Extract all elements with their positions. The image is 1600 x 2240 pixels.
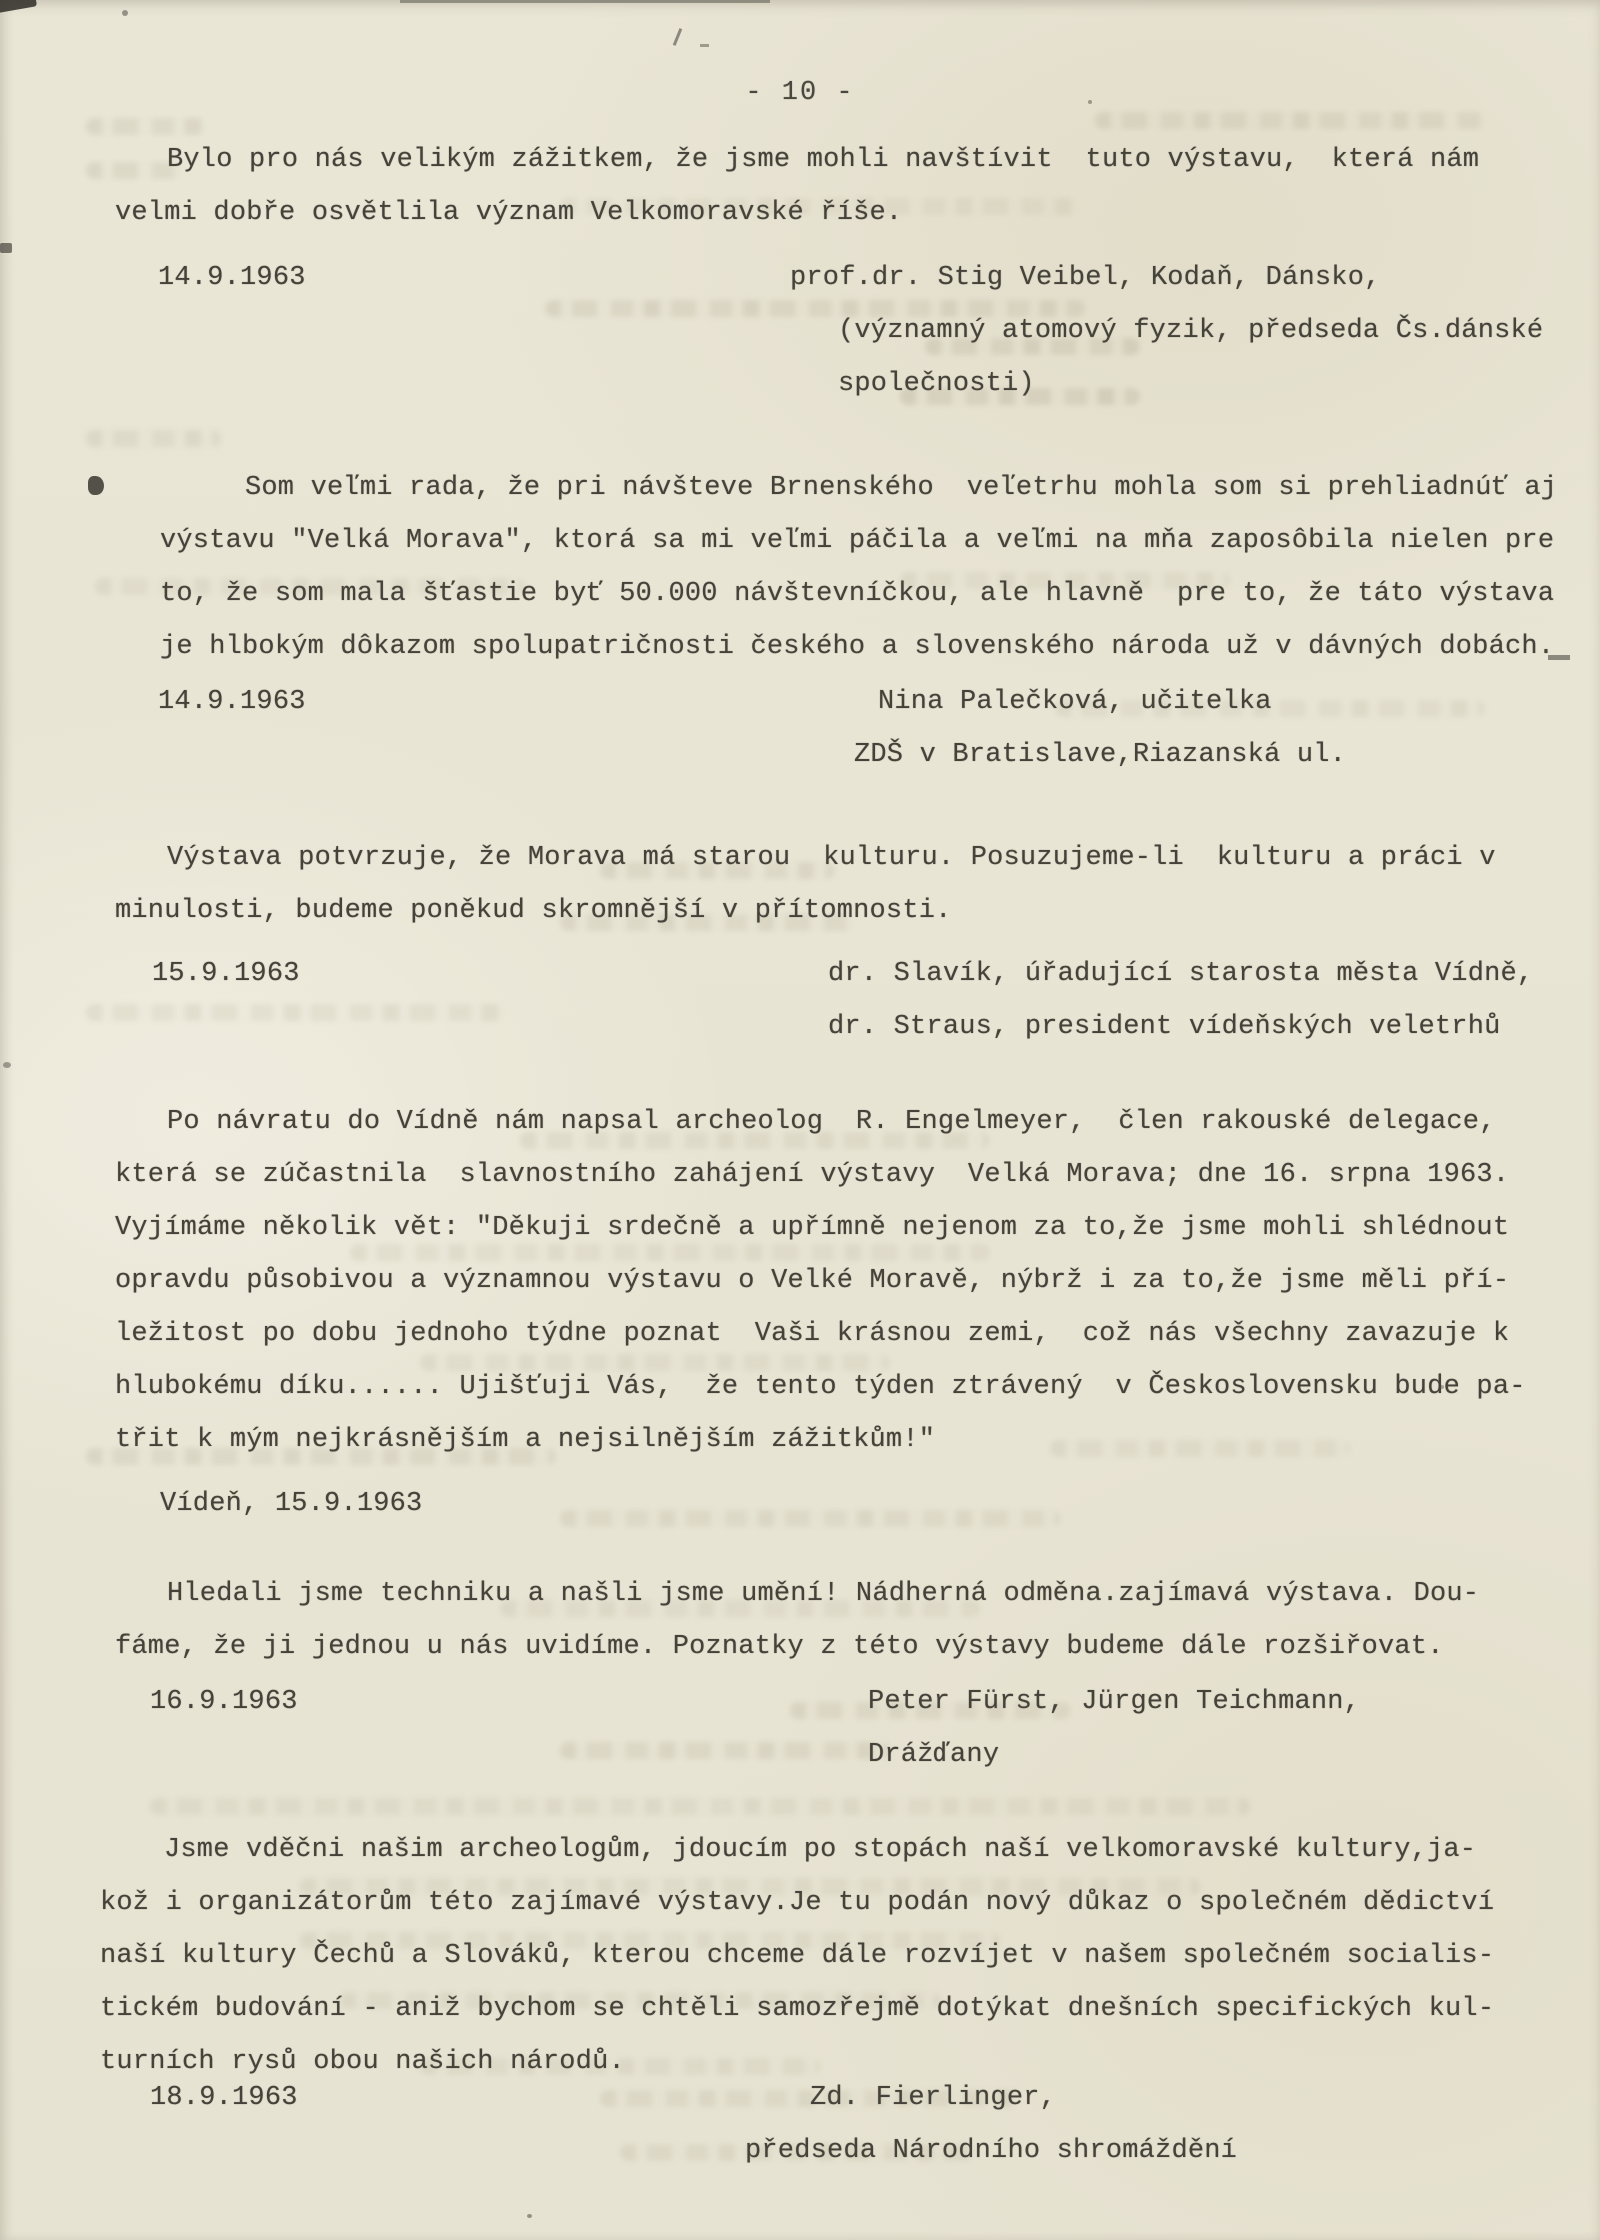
signature-line: ZDŠ v Bratislave,Riazanská ul. — [854, 729, 1346, 782]
entry-date: 18.9.1963 — [150, 2072, 298, 2125]
text-line: Bylo pro nás velikým zážitkem, že jsme m… — [115, 134, 1479, 187]
ink-speck — [122, 10, 128, 16]
signature-block: Zd. Fierlinger, předseda Národního shrom… — [810, 2072, 1237, 2178]
ink-speck — [88, 476, 104, 495]
signature-block: Peter Fürst, Jürgen Teichmann, Drážďany — [868, 1676, 1360, 1782]
ink-speck — [3, 1062, 11, 1068]
signature-block: prof.dr. Stig Veibel, Kodaň, Dánsko, (vý… — [790, 252, 1543, 411]
scanned-page: - 10 - Bylo pro nás velikým zážitkem, že… — [0, 0, 1600, 2240]
entry-date: 15.9.1963 — [152, 948, 300, 1001]
paragraph-vystava-potvrzuje: Výstava potvrzuje, že Morava má starou k… — [115, 832, 1496, 938]
entry-date: 16.9.1963 — [150, 1676, 298, 1729]
ink-speck — [400, 0, 770, 3]
bleed-through-smudge — [560, 1510, 1060, 1527]
text-line: minulosti, budeme poněkud skromnější v p… — [115, 885, 1496, 938]
text-line: Vyjímáme několik vět: "Děkuji srdečně a … — [115, 1202, 1526, 1255]
signature-line: dr. Straus, president vídeňských veletrh… — [828, 1001, 1533, 1054]
bleed-through-smudge — [86, 1004, 506, 1021]
signature-line: předseda Národního shromáždění — [745, 2125, 1237, 2178]
paragraph-engelmeyer: Po návratu do Vídně nám napsal archeolog… — [115, 1096, 1526, 1467]
signature-line: dr. Slavík, úřadující starosta města Víd… — [828, 948, 1533, 1001]
text-line: velmi dobře osvětlila význam Velkomoravs… — [115, 187, 1479, 240]
entry-date: 14.9.1963 — [158, 676, 306, 729]
text-line: turních rysů obou našich národů. — [100, 2036, 1494, 2089]
bleed-through-smudge — [150, 1798, 1250, 1815]
bleed-through-smudge — [560, 1742, 890, 1759]
entry-date: Vídeň, 15.9.1963 — [160, 1478, 422, 1531]
text-line: fáme, že ji jednou u nás uvidíme. Poznat… — [115, 1621, 1479, 1674]
text-line: výstavu "Velká Morava", ktorá sa mi veľm… — [160, 515, 1557, 568]
signature-line: (významný atomový fyzik, předseda Čs.dán… — [790, 305, 1543, 358]
text-line: hlubokému díku...... Ujišťuji Vás, že te… — [115, 1361, 1526, 1414]
ink-speck — [0, 0, 37, 14]
paragraph-jsme-vdecni: Jsme vděčni našim archeologům, jdoucím p… — [100, 1824, 1494, 2089]
text-line: kož i organizátorům této zajímavé výstav… — [100, 1877, 1494, 1930]
text-line: která se zúčastnila slavnostního zahájen… — [115, 1149, 1526, 1202]
signature-line: prof.dr. Stig Veibel, Kodaň, Dánsko, — [790, 252, 1543, 305]
paragraph-slovak-entry: Som veľmi rada, že pri návšteve Brnenské… — [160, 462, 1557, 674]
signature-line: Drážďany — [868, 1729, 1360, 1782]
ink-speck — [700, 44, 709, 47]
signature-line: Zd. Fierlinger, — [810, 2072, 1237, 2125]
signature-block: Nina Palečková, učitelka ZDŠ v Bratislav… — [878, 676, 1346, 782]
signature-block: dr. Slavík, úřadující starosta města Víd… — [828, 948, 1533, 1054]
entry-date: 14.9.1963 — [158, 252, 306, 305]
bleed-through-smudge — [1095, 112, 1485, 129]
page-number: - 10 - — [0, 78, 1600, 108]
text-line: Výstava potvrzuje, že Morava má starou k… — [115, 832, 1496, 885]
text-line: to, že som mala šťastie byť 50.000 návšt… — [160, 568, 1557, 621]
ink-speck — [527, 2214, 532, 2218]
text-line: ležitost po dobu jednoho týdne poznat Va… — [115, 1308, 1526, 1361]
ink-speck — [0, 243, 12, 253]
signature-line: společnosti) — [790, 358, 1543, 411]
text-line: naší kultury Čechů a Slováků, kterou chc… — [100, 1930, 1494, 1983]
text-line: Hledali jsme techniku a našli jsme umění… — [115, 1568, 1479, 1621]
text-line: třit k mým nejkrásnějším a nejsilnějším … — [115, 1414, 1526, 1467]
text-line: opravdu působivou a významnou výstavu o … — [115, 1255, 1526, 1308]
text-line: Som veľmi rada, že pri návšteve Brnenské… — [160, 462, 1557, 515]
bleed-through-smudge — [86, 430, 221, 447]
signature-line: Peter Fürst, Jürgen Teichmann, — [868, 1676, 1360, 1729]
text-line: Po návratu do Vídně nám napsal archeolog… — [115, 1096, 1526, 1149]
text-line: je hlbokým dôkazom spolupatričnosti česk… — [160, 621, 1557, 674]
signature-line: Nina Palečková, učitelka — [878, 676, 1346, 729]
text-line: Jsme vděčni našim archeologům, jdoucím p… — [100, 1824, 1494, 1877]
ink-speck — [673, 28, 683, 46]
text-line: tickém budování - aniž bychom se chtěli … — [100, 1983, 1494, 2036]
paragraph-intro: Bylo pro nás velikým zážitkem, že jsme m… — [115, 134, 1479, 240]
bleed-through-smudge — [86, 118, 206, 135]
paragraph-hledali-techniku: Hledali jsme techniku a našli jsme umění… — [115, 1568, 1479, 1674]
